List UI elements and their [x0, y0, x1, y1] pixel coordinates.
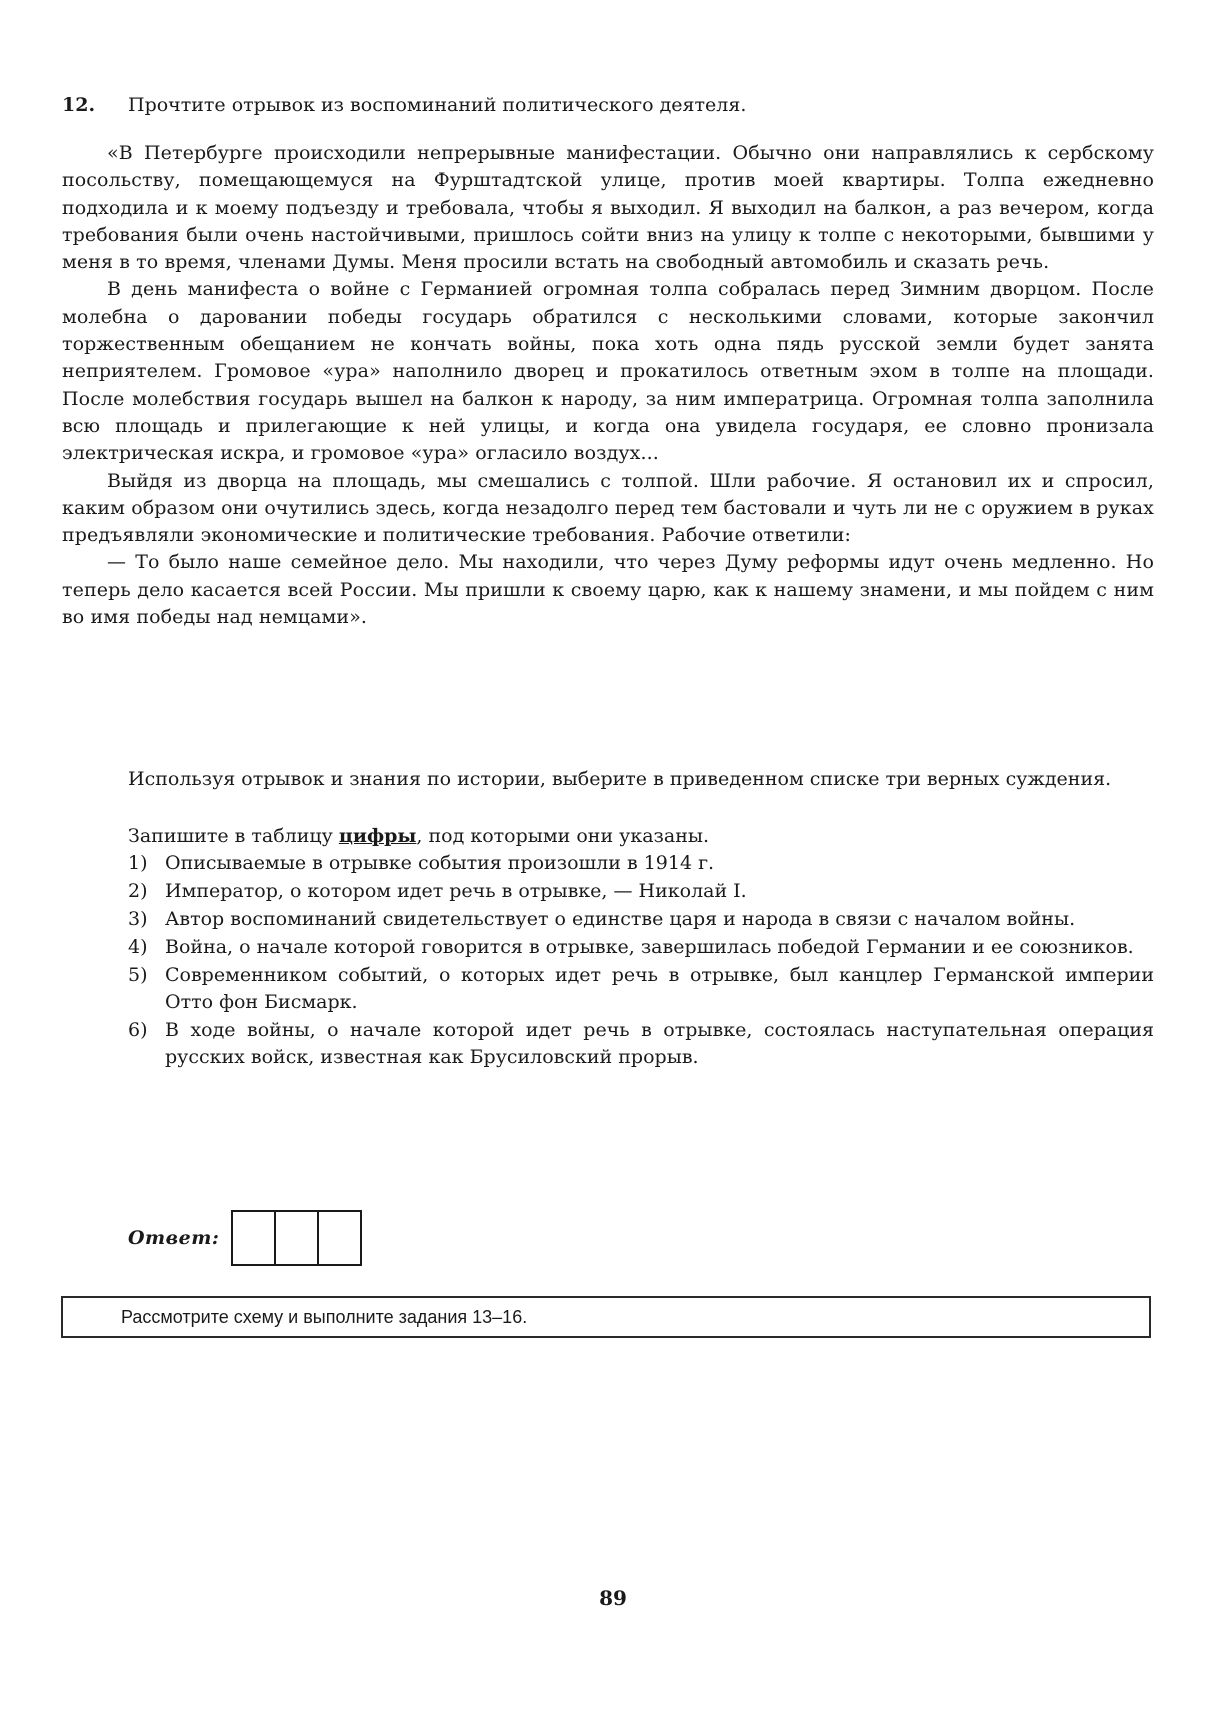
info-box-text: Рассмотрите схему и выполните задания 13…	[121, 1307, 527, 1328]
option-item: 1)Описываемые в отрывке события произошл…	[128, 850, 1154, 877]
write-emphasis: цифры	[339, 825, 417, 847]
answer-boxes	[231, 1210, 362, 1266]
option-item: 6)В ходе войны, о начале которой идет ре…	[128, 1017, 1154, 1071]
option-text: Автор воспоминаний свидетельствует о еди…	[165, 908, 1075, 930]
option-item: 3)Автор воспоминаний свидетельствует о е…	[128, 906, 1154, 933]
options-list: 1)Описываемые в отрывке события произошл…	[128, 850, 1154, 1071]
option-number: 1)	[128, 850, 148, 877]
option-text: В ходе войны, о начале которой идет речь…	[165, 1019, 1154, 1068]
option-item: 4)Война, о начале которой говорится в от…	[128, 934, 1154, 961]
page-number: 89	[0, 1586, 1216, 1610]
excerpt-paragraph: Выйдя из дворца на площадь, мы смешались…	[62, 468, 1154, 550]
task-instructions: Используя отрывок и знания по истории, в…	[128, 766, 1154, 1072]
write-prefix: Запишите в таблицу	[128, 825, 339, 847]
excerpt-paragraph: В день манифеста о войне с Германией огр…	[62, 276, 1154, 467]
task-number: 12.	[62, 92, 128, 119]
option-text: Война, о начале которой говорится в отры…	[165, 936, 1134, 958]
option-number: 2)	[128, 878, 148, 905]
next-tasks-info-box: Рассмотрите схему и выполните задания 13…	[61, 1296, 1151, 1338]
write-suffix: , под которыми они указаны.	[416, 825, 709, 847]
excerpt-paragraph: — То было наше семейное дело. Мы находил…	[62, 549, 1154, 631]
write-instruction: Запишите в таблицу цифры, под которыми о…	[128, 823, 1154, 850]
answer-cell-2[interactable]	[276, 1212, 319, 1264]
option-item: 2)Император, о котором идет речь в отрыв…	[128, 878, 1154, 905]
option-number: 4)	[128, 934, 148, 961]
task-prompt: Прочтите отрывок из воспоминаний политич…	[128, 94, 746, 116]
answer-row: Ответ:	[128, 1210, 362, 1266]
option-number: 6)	[128, 1017, 148, 1044]
task-header: 12.Прочтите отрывок из воспоминаний поли…	[62, 92, 1156, 119]
option-item: 5)Современником событий, о которых идет …	[128, 962, 1154, 1016]
option-text: Описываемые в отрывке события произошли …	[165, 852, 714, 874]
exam-page: 12.Прочтите отрывок из воспоминаний поли…	[0, 0, 1216, 1712]
option-text: Современником событий, о которых идет ре…	[165, 964, 1154, 1013]
select-prompt: Используя отрывок и знания по истории, в…	[128, 766, 1154, 793]
option-text: Император, о котором идет речь в отрывке…	[165, 880, 747, 902]
memoir-excerpt: «В Петербурге происходили непрерывные ма…	[62, 140, 1154, 631]
excerpt-paragraph: «В Петербурге происходили непрерывные ма…	[62, 140, 1154, 276]
answer-cell-1[interactable]	[233, 1212, 276, 1264]
answer-cell-3[interactable]	[319, 1212, 360, 1264]
option-number: 3)	[128, 906, 148, 933]
answer-label: Ответ:	[128, 1227, 219, 1249]
option-number: 5)	[128, 962, 148, 989]
